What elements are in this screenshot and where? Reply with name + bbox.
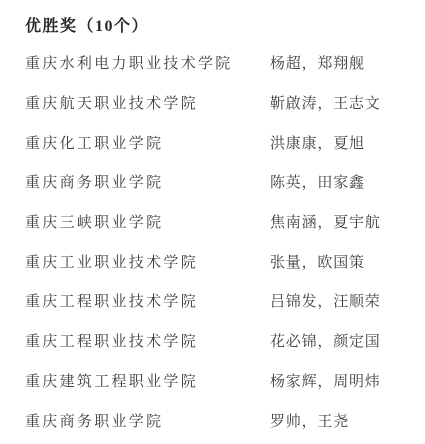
winner-names: 吕锦发，汪顺荣 xyxy=(270,290,381,311)
school-name: 重庆商务职业学院 xyxy=(25,410,270,431)
school-name: 重庆建筑工程职业学院 xyxy=(25,370,270,391)
award-row: 重庆化工职业学院 洪康康，夏旭 xyxy=(25,122,425,162)
award-row: 重庆工业职业技术学院 张量，欧国策 xyxy=(25,241,425,281)
award-section-title: 优胜奖（10个） xyxy=(25,13,149,36)
winner-names: 陈英，田家鑫 xyxy=(270,171,365,192)
award-row: 重庆水利电力职业技术学院 杨超，郑翔舰 xyxy=(25,43,425,83)
winner-names: 罗帅，王尧 xyxy=(270,410,349,431)
award-row: 重庆商务职业学院 陈英，田家鑫 xyxy=(25,162,425,202)
school-name: 重庆工程职业技术学院 xyxy=(25,330,270,351)
award-row: 重庆航天职业技术学院 靳啟涛，王志文 xyxy=(25,83,425,123)
award-document-page: 优胜奖（10个） 重庆水利电力职业技术学院 杨超，郑翔舰 重庆航天职业技术学院 … xyxy=(0,0,425,444)
award-row: 重庆建筑工程职业学院 杨家辉，周明炜 xyxy=(25,361,425,401)
award-row: 重庆商务职业学院 罗帅，王尧 xyxy=(25,400,425,440)
winner-names: 杨超，郑翔舰 xyxy=(270,52,365,73)
winner-names: 靳啟涛，王志文 xyxy=(270,92,381,113)
award-row: 重庆工程职业技术学院 花必锦，颜定国 xyxy=(25,321,425,361)
award-row: 重庆三峡职业学院 焦南涵，夏宇航 xyxy=(25,202,425,242)
winner-names: 张量，欧国策 xyxy=(270,251,365,272)
award-row: 重庆工程职业技术学院 吕锦发，汪顺荣 xyxy=(25,281,425,321)
award-list: 重庆水利电力职业技术学院 杨超，郑翔舰 重庆航天职业技术学院 靳啟涛，王志文 重… xyxy=(25,43,425,440)
school-name: 重庆化工职业学院 xyxy=(25,132,270,153)
winner-names: 洪康康，夏旭 xyxy=(270,132,365,153)
school-name: 重庆三峡职业学院 xyxy=(25,211,270,232)
school-name: 重庆工程职业技术学院 xyxy=(25,290,270,311)
winner-names: 杨家辉，周明炜 xyxy=(270,370,381,391)
school-name: 重庆商务职业学院 xyxy=(25,171,270,192)
winner-names: 花必锦，颜定国 xyxy=(270,330,381,351)
school-name: 重庆工业职业技术学院 xyxy=(25,251,270,272)
school-name: 重庆水利电力职业技术学院 xyxy=(25,52,270,73)
winner-names: 焦南涵，夏宇航 xyxy=(270,211,381,232)
school-name: 重庆航天职业技术学院 xyxy=(25,92,270,113)
